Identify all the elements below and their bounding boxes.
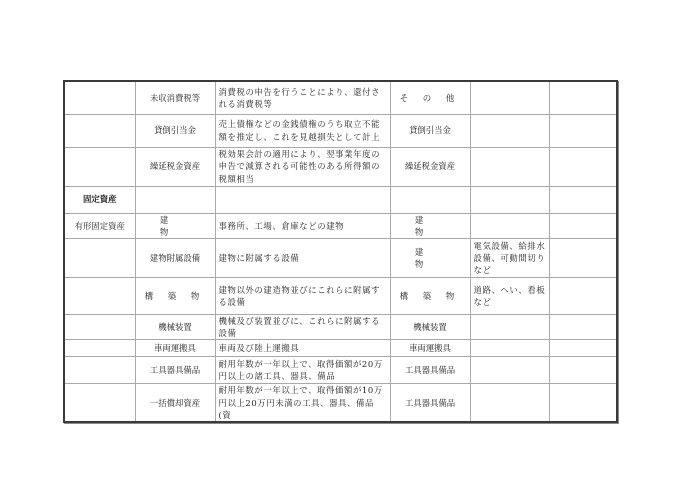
extra-cell (549, 147, 617, 186)
category-cell (64, 277, 135, 314)
table-row: 機械装置 機械及び装置並びに、これらに附属する設備 機械装置 (64, 314, 617, 339)
account-table: 未収消費税等 消費税の申告を行うことにより、還付される消費税等 そ の 他 貸倒… (63, 80, 618, 423)
account-name-cell: 一括償却資産 (135, 384, 215, 422)
example-cell (470, 186, 549, 213)
table-row: 構 築 物 建物以外の建造物並びにこれらに附属する設備 構 築 物 道路、へい、… (64, 277, 617, 314)
tax-account-cell: 建 物 (390, 238, 470, 277)
table-row: 一括償却資産 耐用年数が一年以上で、取得価額が10万円以上20万円未満の工具、器… (64, 384, 617, 422)
extra-cell (549, 314, 617, 339)
example-cell (470, 340, 549, 357)
description-cell: 車両及び陸上運搬具 (215, 340, 390, 357)
category-cell (64, 238, 135, 277)
example-cell (470, 384, 549, 422)
description-cell: 消費税の申告を行うことにより、還付される消費税等 (215, 81, 390, 114)
account-name-cell: 建物附属設備 (135, 238, 215, 277)
example-cell (470, 357, 549, 384)
description-cell: 売上債権などの金銭債権のうち取立不能額を推定し、これを見越損失として計上 (215, 114, 390, 147)
example-cell (470, 114, 549, 147)
section-header-row: 固定資産 (64, 186, 617, 213)
category-cell (64, 314, 135, 339)
extra-cell (549, 238, 617, 277)
table-row: 繰延税金資産 税効果会計の適用により、翌事業年度の申告で減算される可能性のある所… (64, 147, 617, 186)
tax-account-cell: 繰延税金資産 (390, 147, 470, 186)
extra-cell (549, 114, 617, 147)
example-cell (470, 81, 549, 114)
description-cell: 税効果会計の適用により、翌事業年度の申告で減算される可能性のある所得額の税額相当 (215, 147, 390, 186)
description-cell: 事務所、工場、倉庫などの建物 (215, 213, 390, 238)
extra-cell (549, 81, 617, 114)
description-cell: 耐用年数が一年以上で、取得価額が20万円以上の諸工具、器具、備品 (215, 357, 390, 384)
extra-cell (549, 277, 617, 314)
account-name-cell: 繰延税金資産 (135, 147, 215, 186)
tax-account-cell (390, 186, 470, 213)
account-name-cell: 車両運搬具 (135, 340, 215, 357)
account-name-cell: 建 物 (135, 213, 215, 238)
description-cell: 建物に附属する設備 (215, 238, 390, 277)
table-row: 有形固定資産 建 物 事務所、工場、倉庫などの建物 建 物 (64, 213, 617, 238)
description-cell: 建物以外の建造物並びにこれらに附属する設備 (215, 277, 390, 314)
category-cell (64, 384, 135, 422)
category-cell: 有形固定資産 (64, 213, 135, 238)
account-name-cell: 機械装置 (135, 314, 215, 339)
tax-account-cell: そ の 他 (390, 81, 470, 114)
table-row: 未収消費税等 消費税の申告を行うことにより、還付される消費税等 そ の 他 (64, 81, 617, 114)
account-name-cell: 構 築 物 (135, 277, 215, 314)
tax-account-cell: 貸倒引当金 (390, 114, 470, 147)
description-cell: 耐用年数が一年以上で、取得価額が10万円以上20万円未満の工具、器具、備品(資 (215, 384, 390, 422)
example-cell: 道路、へい、看板など (470, 277, 549, 314)
extra-cell (549, 186, 617, 213)
category-cell (64, 147, 135, 186)
tax-account-cell: 工具器具備品 (390, 357, 470, 384)
extra-cell (549, 384, 617, 422)
account-name-cell: 未収消費税等 (135, 81, 215, 114)
example-cell: 電気設備、給排水設備、可動間切りなど (470, 238, 549, 277)
table-row: 工具器具備品 耐用年数が一年以上で、取得価額が20万円以上の諸工具、器具、備品 … (64, 357, 617, 384)
extra-cell (549, 340, 617, 357)
description-cell: 機械及び装置並びに、これらに附属する設備 (215, 314, 390, 339)
example-cell (470, 213, 549, 238)
tax-account-cell: 構 築 物 (390, 277, 470, 314)
account-name-cell: 工具器具備品 (135, 357, 215, 384)
account-name-cell (135, 186, 215, 213)
example-cell (470, 147, 549, 186)
table-row: 車両運搬具 車両及び陸上運搬具 車両運搬具 (64, 340, 617, 357)
tax-account-cell: 建 物 (390, 213, 470, 238)
category-cell (64, 340, 135, 357)
tax-account-cell: 機械装置 (390, 314, 470, 339)
extra-cell (549, 357, 617, 384)
category-cell (64, 114, 135, 147)
example-cell (470, 314, 549, 339)
table-row: 貸倒引当金 売上債権などの金銭債権のうち取立不能額を推定し、これを見越損失として… (64, 114, 617, 147)
description-cell (215, 186, 390, 213)
extra-cell (549, 213, 617, 238)
table-row: 建物附属設備 建物に附属する設備 建 物 電気設備、給排水設備、可動間切りなど (64, 238, 617, 277)
tax-account-cell: 工具器具備品 (390, 384, 470, 422)
account-name-cell: 貸倒引当金 (135, 114, 215, 147)
section-heading-fixed-assets: 固定資産 (64, 186, 135, 213)
category-cell (64, 81, 135, 114)
category-cell (64, 357, 135, 384)
tax-account-cell: 車両運搬具 (390, 340, 470, 357)
